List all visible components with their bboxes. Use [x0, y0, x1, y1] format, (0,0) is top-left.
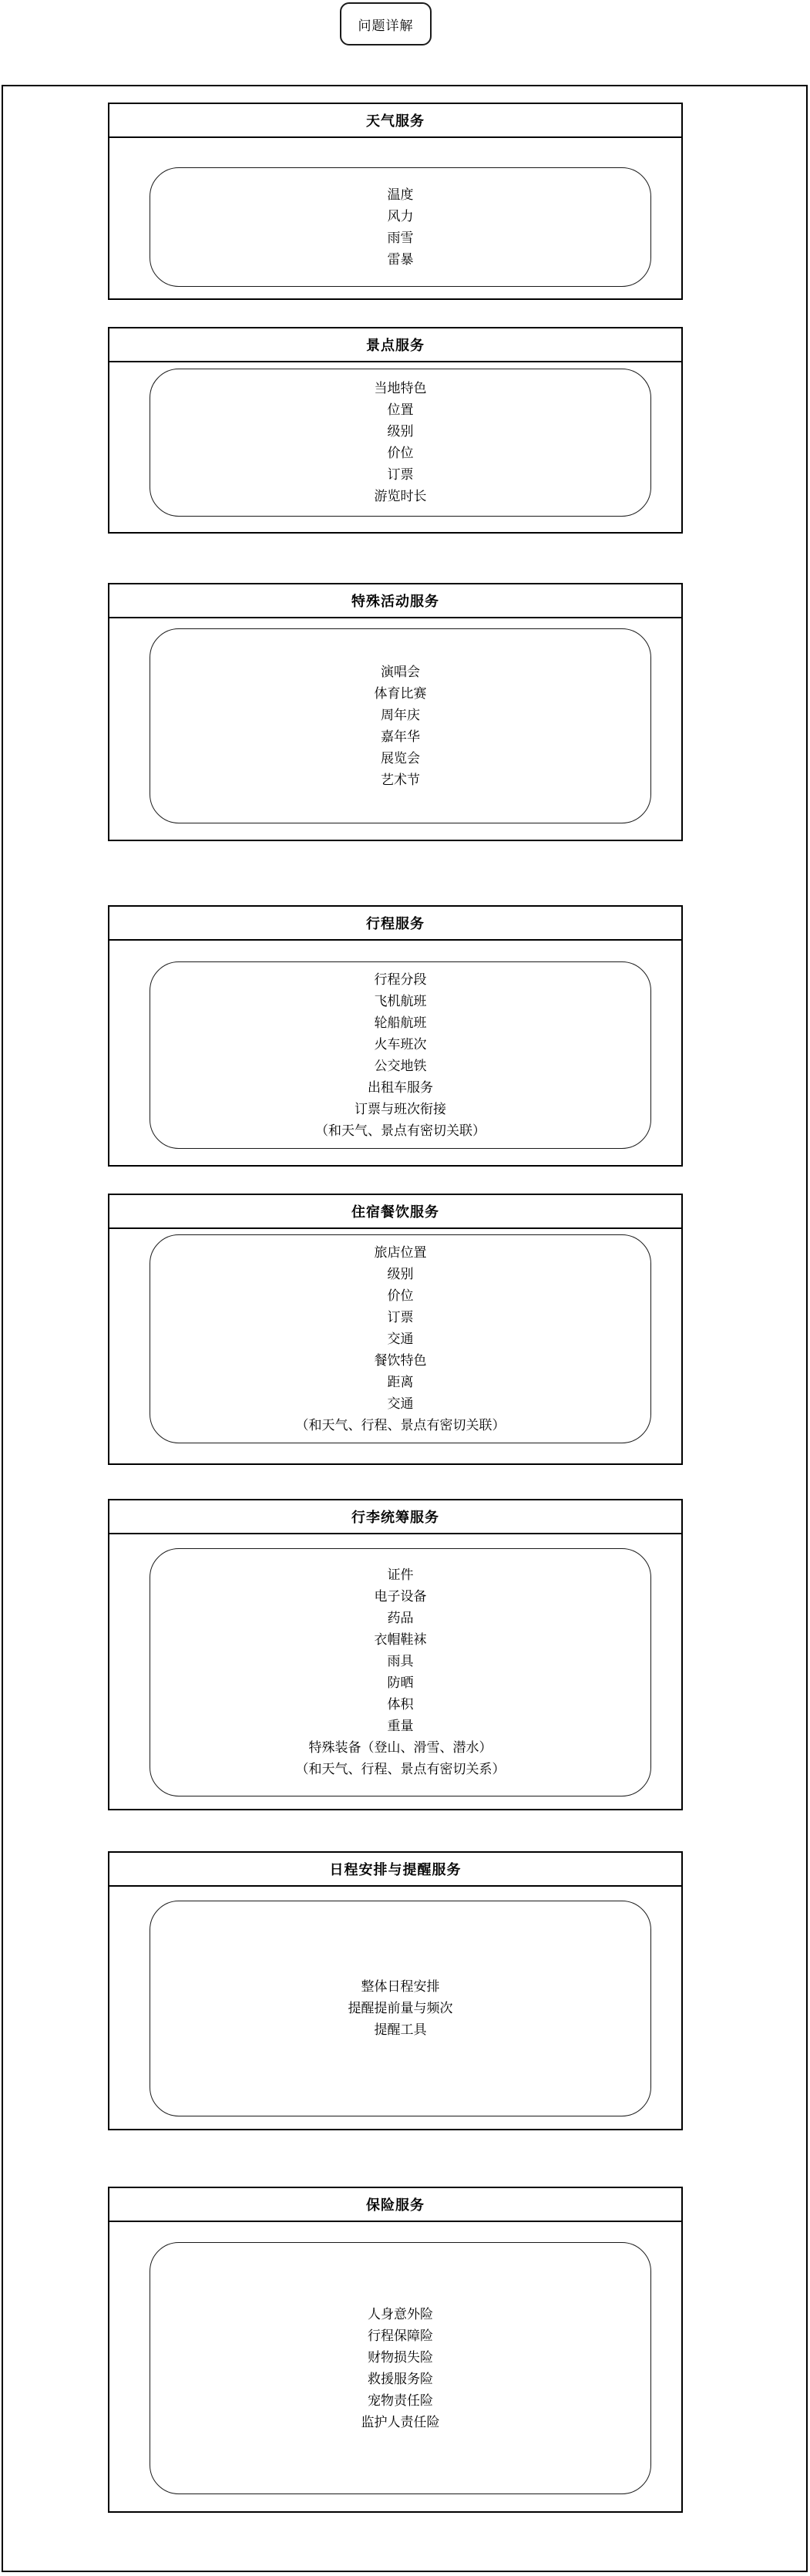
service-item: 当地特色 — [375, 378, 427, 399]
service-item: 宠物责任险 — [368, 2390, 433, 2412]
section-title: 日程安排与提醒服务 — [109, 1853, 681, 1887]
service-item: 订票 — [388, 464, 414, 486]
service-section-8: 保险服务 人身意外险行程保障险财物损失险救援服务险宠物责任险监护人责任险 — [108, 2187, 683, 2513]
service-item: 火车班次 — [375, 1034, 427, 1056]
service-item: 周年庆 — [381, 705, 420, 726]
section-body: 证件电子设备药品衣帽鞋袜雨具防晒体积重量特殊装备（登山、滑雪、潜水）（和天气、行… — [109, 1534, 681, 1809]
service-section-2: 景点服务 当地特色位置级别价位订票游览时长 — [108, 327, 683, 534]
service-item: 游览时长 — [375, 486, 427, 507]
service-item: 财物损失险 — [368, 2347, 433, 2369]
section-body: 当地特色位置级别价位订票游览时长 — [109, 362, 681, 532]
service-item: 体积 — [388, 1694, 414, 1716]
service-item: 防晒 — [388, 1672, 414, 1694]
section-body: 旅店位置级别价位订票交通餐饮特色距离交通（和天气、行程、景点有密切关联） — [109, 1229, 681, 1463]
service-item: 嘉年华 — [381, 726, 420, 748]
service-item: 重量 — [388, 1716, 414, 1737]
service-section-7: 日程安排与提醒服务 整体日程安排提醒提前量与频次提醒工具 — [108, 1851, 683, 2130]
service-item: 整体日程安排 — [361, 1976, 440, 1998]
service-item: 旅店位置 — [375, 1242, 427, 1264]
service-section-5: 住宿餐饮服务 旅店位置级别价位订票交通餐饮特色距离交通（和天气、行程、景点有密切… — [108, 1194, 683, 1465]
section-items-panel: 演唱会体育比赛周年庆嘉年华展览会艺术节 — [150, 628, 651, 823]
service-item: 人身意外险 — [368, 2304, 433, 2325]
service-item: 艺术节 — [381, 769, 420, 791]
service-item: 价位 — [388, 443, 414, 464]
service-item: 电子设备 — [375, 1586, 427, 1608]
section-items-panel: 人身意外险行程保障险财物损失险救援服务险宠物责任险监护人责任险 — [150, 2242, 651, 2494]
service-item: （和天气、景点有密切关联） — [315, 1120, 486, 1142]
service-item: 轮船航班 — [375, 1012, 427, 1034]
service-section-6: 行李统筹服务 证件电子设备药品衣帽鞋袜雨具防晒体积重量特殊装备（登山、滑雪、潜水… — [108, 1499, 683, 1810]
service-item: 药品 — [388, 1608, 414, 1629]
section-body: 整体日程安排提醒提前量与频次提醒工具 — [109, 1887, 681, 2129]
service-item: 救援服务险 — [368, 2369, 433, 2390]
section-title: 保险服务 — [109, 2188, 681, 2222]
service-item: 价位 — [388, 1285, 414, 1307]
service-section-3: 特殊活动服务 演唱会体育比赛周年庆嘉年华展览会艺术节 — [108, 583, 683, 841]
section-items-panel: 整体日程安排提醒提前量与频次提醒工具 — [150, 1901, 651, 2116]
service-item: 演唱会 — [381, 662, 420, 683]
service-section-1: 天气服务 温度风力雨雪雷暴 — [108, 103, 683, 300]
service-item: 飞机航班 — [375, 991, 427, 1012]
service-item: （和天气、行程、景点有密切关联） — [296, 1415, 506, 1436]
service-item: 提醒提前量与频次 — [348, 1998, 453, 2019]
section-items-panel: 当地特色位置级别价位订票游览时长 — [150, 369, 651, 517]
problem-detail-tag-label: 问题详解 — [358, 15, 414, 34]
section-title: 行李统筹服务 — [109, 1500, 681, 1534]
service-item: 级别 — [388, 421, 414, 443]
service-item: 体育比赛 — [375, 683, 427, 705]
section-body: 温度风力雨雪雷暴 — [109, 138, 681, 298]
section-title: 景点服务 — [109, 328, 681, 362]
service-section-4: 行程服务 行程分段飞机航班轮船航班火车班次公交地铁出租车服务订票与班次衔接（和天… — [108, 905, 683, 1167]
service-item: 公交地铁 — [375, 1056, 427, 1077]
section-title: 特殊活动服务 — [109, 584, 681, 618]
problem-detail-tag: 问题详解 — [340, 2, 432, 45]
service-item: 衣帽鞋袜 — [375, 1629, 427, 1651]
section-body: 演唱会体育比赛周年庆嘉年华展览会艺术节 — [109, 618, 681, 840]
section-body: 行程分段飞机航班轮船航班火车班次公交地铁出租车服务订票与班次衔接（和天气、景点有… — [109, 941, 681, 1165]
service-item: （和天气、行程、景点有密切关系） — [296, 1759, 506, 1780]
service-item: 雨具 — [388, 1651, 414, 1672]
service-item: 温度 — [388, 184, 414, 206]
service-item: 出租车服务 — [368, 1077, 433, 1099]
service-item: 位置 — [388, 399, 414, 421]
service-item: 雷暴 — [388, 249, 414, 271]
section-items-panel: 旅店位置级别价位订票交通餐饮特色距离交通（和天气、行程、景点有密切关联） — [150, 1234, 651, 1443]
service-item: 交通 — [388, 1328, 414, 1350]
service-item: 级别 — [388, 1264, 414, 1285]
service-item: 交通 — [388, 1393, 414, 1415]
service-item: 行程保障险 — [368, 2325, 433, 2347]
section-items-panel: 证件电子设备药品衣帽鞋袜雨具防晒体积重量特殊装备（登山、滑雪、潜水）（和天气、行… — [150, 1548, 651, 1796]
service-item: 证件 — [388, 1564, 414, 1586]
service-item: 订票 — [388, 1307, 414, 1328]
service-item: 展览会 — [381, 748, 420, 769]
service-item: 餐饮特色 — [375, 1350, 427, 1372]
services-container: 天气服务 温度风力雨雪雷暴 景点服务 当地特色位置级别价位订票游览时长 特殊活动… — [2, 85, 808, 2572]
section-title: 行程服务 — [109, 907, 681, 941]
section-title: 天气服务 — [109, 104, 681, 138]
section-body: 人身意外险行程保障险财物损失险救援服务险宠物责任险监护人责任险 — [109, 2222, 681, 2511]
service-item: 订票与班次衔接 — [355, 1099, 446, 1120]
section-title: 住宿餐饮服务 — [109, 1195, 681, 1229]
service-item: 距离 — [388, 1372, 414, 1393]
service-item: 行程分段 — [375, 969, 427, 991]
section-items-panel: 温度风力雨雪雷暴 — [150, 167, 651, 287]
service-item: 提醒工具 — [375, 2019, 427, 2041]
section-items-panel: 行程分段飞机航班轮船航班火车班次公交地铁出租车服务订票与班次衔接（和天气、景点有… — [150, 961, 651, 1149]
service-item: 雨雪 — [388, 227, 414, 249]
diagram-canvas: 问题详解 天气服务 温度风力雨雪雷暴 景点服务 当地特色位置级别价位订票游览时长… — [0, 0, 810, 2576]
service-item: 监护人责任险 — [361, 2412, 440, 2433]
service-item: 风力 — [388, 206, 414, 227]
service-item: 特殊装备（登山、滑雪、潜水） — [309, 1737, 492, 1759]
